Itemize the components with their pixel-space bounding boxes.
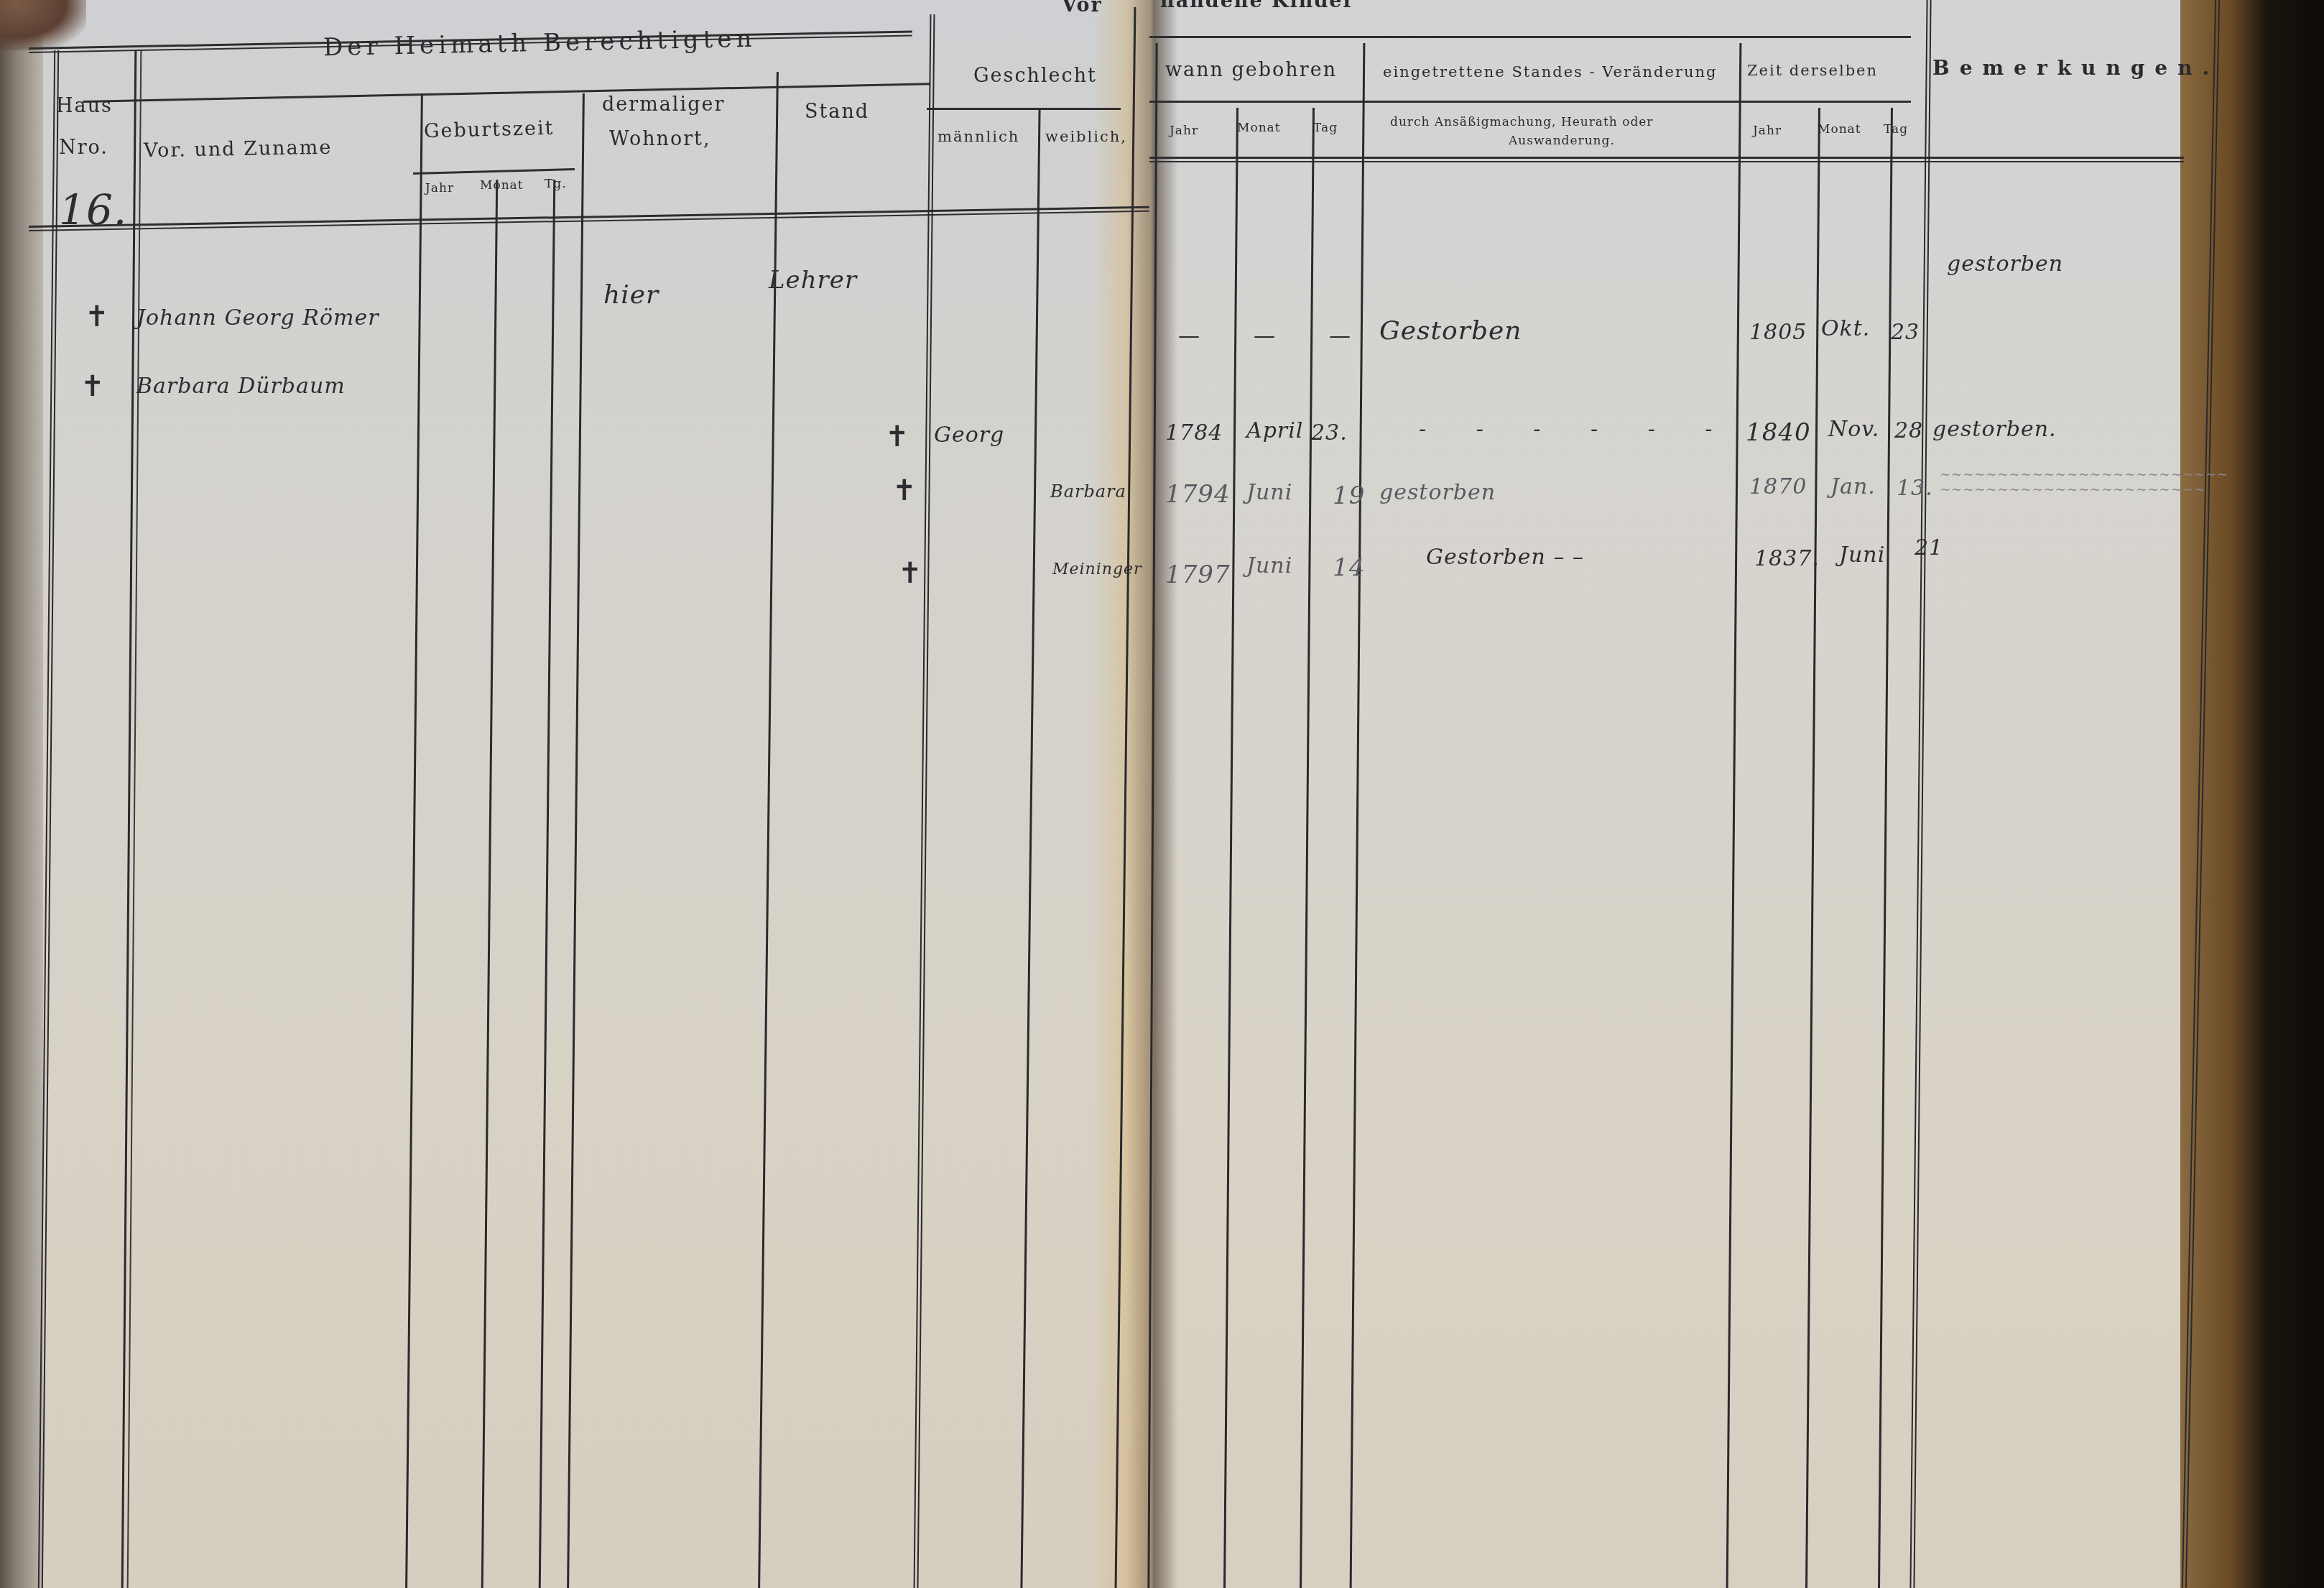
death-cross-icon: ✝ [885, 420, 909, 453]
entry-born-month: Juni [1246, 480, 1292, 505]
entry-name-female: Meininger [1052, 560, 1142, 578]
header-wohnort-2: Wohnort, [609, 128, 711, 150]
entry-remark-pencil: ~~~~~~~~~~~~~~~~~~~~~~~~~~~~~~~~~~~~~~~~… [1940, 467, 2228, 497]
entry-remark: gestorben. [1932, 417, 2057, 442]
header-vorhandene-kinder: handene Kinder [1160, 0, 1355, 12]
rule-header-bottom-right [1149, 157, 2184, 162]
header-wann-gebohren: wann gebohren [1165, 59, 1337, 81]
death-cross-icon: ✝ [85, 300, 109, 333]
header-born-tag: Tag [1313, 121, 1338, 135]
entry-born-year: — [1178, 323, 1200, 348]
book-gutter [1092, 0, 1178, 1588]
entry-stand: Lehrer [769, 266, 857, 295]
rule-subheader-right [1149, 101, 1911, 103]
header-standes-sub-1: durch Ansäßigmachung, Heurath oder [1390, 115, 1654, 129]
header-weiblich: weiblich, [1045, 128, 1127, 145]
header-nro: Nro. [59, 137, 108, 159]
header-gz-monat: Monat [480, 178, 524, 193]
header-gz-jahr: Jahr [425, 181, 454, 195]
header-standes-sub-2: Auswanderung. [1509, 134, 1615, 148]
header-haus: Haus [56, 95, 113, 117]
entry-born-month: Juni [1246, 553, 1292, 578]
entry-born-day: — [1329, 323, 1351, 348]
entry-change: gestorben [1379, 480, 1496, 505]
entry-change-month: Okt. [1821, 316, 1870, 341]
entry-born-day: 14 [1333, 553, 1365, 582]
entry-change-year: 1870 [1749, 474, 1807, 499]
entry-change-month: Juni [1839, 543, 1885, 568]
entry-born-month: — [1254, 323, 1276, 348]
entry-change-year: 1837. [1754, 546, 1820, 571]
rule-geschlecht-sub [927, 108, 1121, 110]
entry-change-year: 1805 [1749, 320, 1807, 345]
header-standes-veraenderung: eingetrettene Standes - Veränderung [1383, 63, 1718, 80]
header-geburtszeit: Geburtszeit [424, 117, 555, 143]
header-born-jahr: Jahr [1170, 124, 1198, 138]
entry-change: Gestorben – – [1426, 545, 1584, 570]
entry-change-year: 1840 [1746, 418, 1811, 447]
entry-born-day: 19 [1333, 481, 1365, 510]
entry-change-month: Jan. [1830, 474, 1876, 499]
entry-born-year: 1797 [1165, 560, 1231, 589]
open-ledger: Der Heimath Berechtigten Haus Nro. 16. V… [0, 0, 2324, 1588]
entry-change-day: 23 [1891, 320, 1920, 345]
left-page [22, 0, 1171, 1588]
header-bemerkungen: Bemerkungen. [1932, 56, 2219, 80]
entry-name: Johann Georg Römer [136, 305, 379, 331]
entry-name: Barbara Dürbaum [136, 374, 346, 399]
death-cross-icon: ✝ [892, 474, 917, 507]
header-zeit-monat: Monat [1818, 122, 1861, 137]
rule-top-right [1149, 36, 1911, 38]
house-number: 16. [59, 185, 127, 234]
header-zeit-tag: Tag [1884, 122, 1908, 137]
entry-change-day: 21 [1915, 535, 1943, 560]
entry-change-day: 28 [1894, 418, 1923, 443]
death-cross-icon: ✝ [898, 557, 922, 590]
finger-holding-page [0, 0, 86, 50]
entry-name-male: Georg [934, 423, 1004, 448]
entry-name-female: Barbara [1050, 481, 1126, 502]
entry-born-year: 1784 [1165, 420, 1223, 446]
entry-change: Gestorben [1379, 316, 1522, 346]
header-geschlecht: Geschlecht [973, 65, 1097, 87]
entry-born-year: 1794 [1165, 480, 1231, 509]
entry-born-month: April [1246, 418, 1303, 443]
entry-wohnort: hier [603, 280, 659, 310]
entry-remark: gestorben [1947, 251, 2063, 277]
page-edge-left [0, 0, 43, 1588]
death-cross-icon: ✝ [80, 370, 105, 403]
header-zeit-derselben: Zeit derselben [1747, 62, 1878, 79]
header-wohnort-1: dermaliger [602, 93, 725, 116]
entry-change: - - - - - - [1419, 417, 1734, 442]
header-born-monat: Monat [1237, 121, 1281, 135]
header-gz-tag: Tg. [545, 177, 567, 191]
entry-change-month: Nov. [1828, 417, 1879, 442]
header-maennlich: männlich [938, 128, 1019, 145]
entry-born-day: 23. [1311, 420, 1348, 446]
header-name: Vor. und Zuname [144, 137, 333, 162]
entry-change-day: 13. [1897, 476, 1933, 501]
header-zeit-jahr: Jahr [1753, 124, 1782, 138]
header-vor: Vor [1062, 0, 1103, 17]
header-stand: Stand [805, 101, 869, 123]
